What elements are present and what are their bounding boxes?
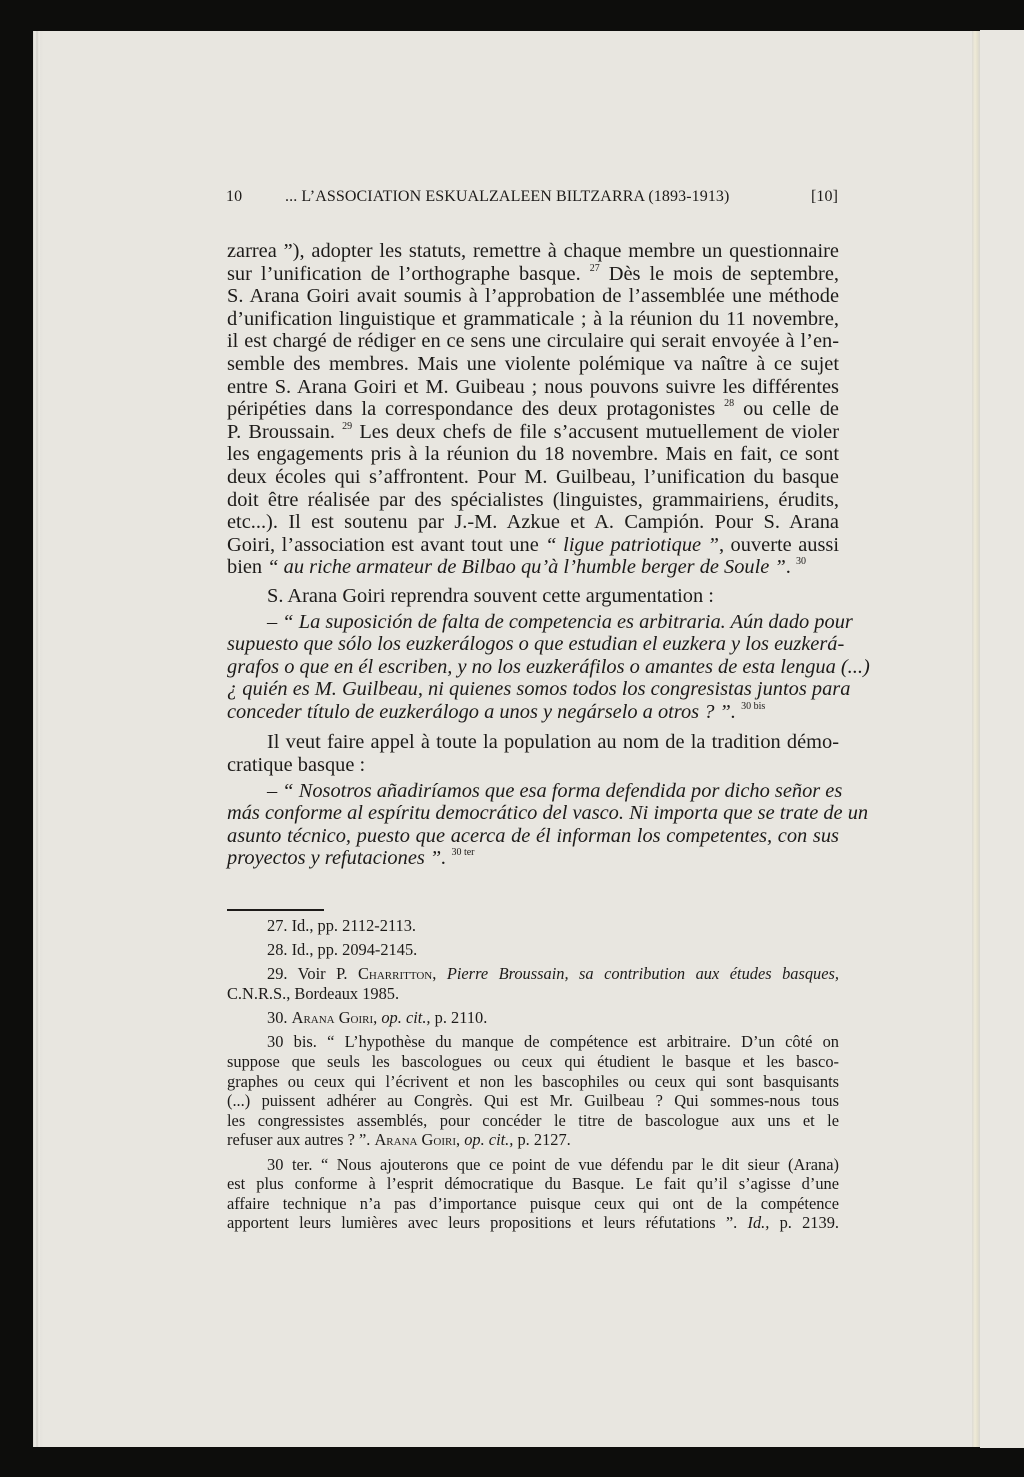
page-reference: [10] [811, 188, 838, 206]
text-line: supuesto que sólo los euzkerálogos o que… [227, 633, 839, 656]
footnote-30bis: 30 bis. “ L’hypothèse du manque de compé… [227, 1032, 839, 1150]
text-line: entre S. Arana Goiri et M. Guibeau ; nou… [227, 376, 839, 399]
text-line: – “ La suposición de falta de competenci… [227, 611, 839, 634]
footnote-ref-30ter[interactable]: 30 ter [451, 847, 474, 858]
text-line: P. Broussain. 29 Les deux chefs de file … [227, 421, 839, 444]
footnote-29: 29. Voir P. Charritton, Pierre Broussain… [227, 964, 839, 1003]
author-name: Arana Goiri [374, 1130, 456, 1149]
text-line: cratique basque : [227, 754, 839, 777]
footnote-ref-27[interactable]: 27 [590, 263, 600, 274]
quote-2: – “ Nosotros añadiríamos que esa forma d… [227, 780, 839, 870]
text-line: asunto técnico, puesto que acerca de él … [227, 825, 839, 848]
text-line: proyectos y refutaciones ”. 30 ter [227, 847, 839, 870]
book-spine [972, 31, 980, 1447]
running-head: 10 ... L’ASSOCIATION ESKUALZALEEN BILTZA… [226, 188, 838, 208]
footnote-30: 30. Arana Goiri, op. cit., p. 2110. [227, 1008, 839, 1028]
footnote-ref-30[interactable]: 30 [796, 556, 806, 567]
text-line: péripéties dans la correspondance des de… [227, 398, 839, 421]
footnote-28: 28. Id., pp. 2094-2145. [227, 940, 839, 960]
footnote-ref-28[interactable]: 28 [724, 398, 734, 409]
text-line: il est chargé de rédiger en ce sens une … [227, 330, 839, 353]
text-line: semble des membres. Mais une violente po… [227, 353, 839, 376]
footnotes: 27. Id., pp. 2112-2113. 28. Id., pp. 209… [227, 916, 839, 1237]
footnote-divider [227, 909, 324, 911]
text-line: d’unification linguistique et grammatica… [227, 308, 839, 331]
running-title: ... L’ASSOCIATION ESKUALZALEEN BILTZARRA… [285, 188, 729, 206]
text-line: – “ Nosotros añadiríamos que esa forma d… [227, 780, 839, 803]
quoted-phrase: “ ligue patriotique ” [545, 534, 719, 556]
quote-1: – “ La suposición de falta de competenci… [227, 611, 839, 724]
book-title: Pierre Broussain, sa contribution aux ét… [447, 964, 839, 983]
author-name: Arana Goiri [292, 1008, 374, 1027]
text-line: Il veut faire appel à toute la populatio… [227, 731, 839, 754]
paragraph-1: zarrea ”), adopter les statuts, remettre… [227, 240, 839, 579]
main-text: zarrea ”), adopter les statuts, remettre… [227, 240, 839, 870]
author-name: Charritton [358, 964, 432, 983]
footnote-ref-29[interactable]: 29 [342, 421, 352, 432]
text-line: bien “ au riche armateur de Bilbao qu’à … [227, 556, 839, 579]
text-line: ¿ quién es M. Guilbeau, ni quienes somos… [227, 678, 839, 701]
paragraph-2: S. Arana Goiri reprendra souvent cette a… [227, 585, 839, 608]
text-line: deux écoles qui s’affrontent. Pour M. Gu… [227, 466, 839, 489]
text-line: Goiri, l’association est avant tout une … [227, 534, 839, 557]
book-page-right-edge [980, 30, 1024, 1448]
text-line: S. Arana Goiri avait soumis à l’approbat… [227, 285, 839, 308]
text-line: S. Arana Goiri reprendra souvent cette a… [227, 585, 839, 608]
text-line: zarrea ”), adopter les statuts, remettre… [227, 240, 839, 263]
page-number: 10 [226, 188, 242, 206]
footnote-ref-30bis[interactable]: 30 bis [741, 701, 765, 712]
text-line: más conforme al espíritu democrático del… [227, 802, 839, 825]
text-line: sur l’unification de l’orthographe basqu… [227, 263, 839, 286]
footnote-27: 27. Id., pp. 2112-2113. [227, 916, 839, 936]
text-line: les engagements pris à la réunion du 18 … [227, 443, 839, 466]
text-line: grafos o que en él escriben, y no los eu… [227, 656, 839, 679]
text-line: conceder título de euzkerálogo a unos y … [227, 701, 839, 724]
text-line: doit être réalisée par des spécialistes … [227, 489, 839, 512]
text-line: etc...). Il est soutenu par J.-M. Azkue … [227, 511, 839, 534]
footnote-30ter: 30 ter. “ Nous ajouterons que ce point d… [227, 1155, 839, 1233]
paragraph-3: Il veut faire appel à toute la populatio… [227, 731, 839, 776]
quoted-phrase: “ au riche armateur de Bilbao qu’à l’hum… [267, 556, 786, 578]
